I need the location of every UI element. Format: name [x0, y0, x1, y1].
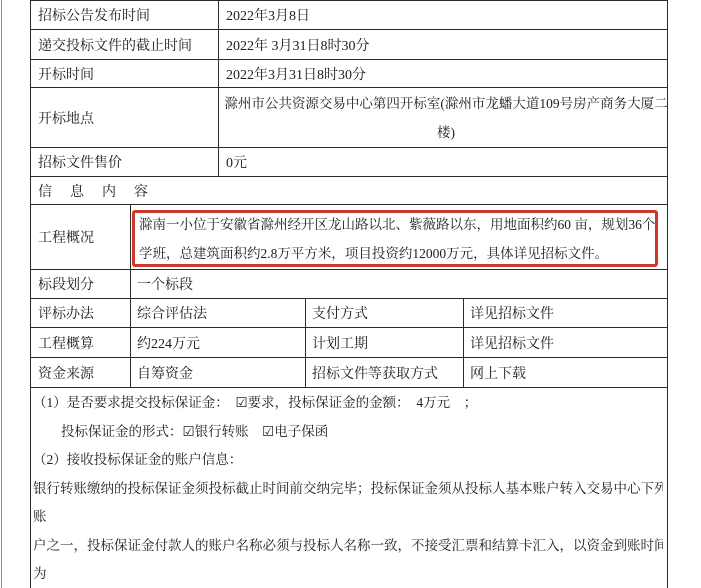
field-label: 工程概况 [31, 205, 131, 269]
value-line: 滁州市公共资源交易中心第四开标室(滁州市龙蟠大道109号房产商务大厦二 [224, 89, 667, 118]
table-row: （1）是否要求提交投标保证金： ☑要求，投标保证金的金额： 4万元 ； 投标保证… [31, 388, 667, 588]
table-row: 资金来源 自筹资金 招标文件等获取方式 网上下载 [31, 358, 667, 388]
table-row: 信息内容 [31, 177, 667, 205]
deposit-line: 账 [33, 503, 663, 532]
field-value: 2022年3月31日8时30分 [219, 60, 667, 87]
field-label: 招标文件等获取方式 [306, 358, 464, 387]
field-value: 约224万元 [131, 328, 306, 357]
field-label: 递交投标文件的截止时间 [31, 30, 219, 59]
field-value: 2022年3月8日 [219, 1, 667, 29]
field-label: 支付方式 [306, 299, 464, 327]
deposit-line: 银行转账缴纳的投标保证金须投标截止时间前交纳完毕；投标保证金须从投标人基本账户转… [33, 475, 663, 504]
value-line: 学班，总建筑面积约2.8万平方米，项目投资约12000万元，具体详见招标文件。 [139, 239, 655, 268]
table-row: 开标地点 滁州市公共资源交易中心第四开标室(滁州市龙蟠大道109号房产商务大厦二… [31, 88, 667, 148]
table-row: 开标时间 2022年3月31日8时30分 [31, 60, 667, 88]
value-line: 楼) [437, 118, 455, 147]
table-row: 标段划分 一个标段 [31, 270, 667, 299]
highlight-box: 滁南一小位于安徽省滁州经开区龙山路以北、紫薇路以东，用地面积约60 亩，规划36… [132, 210, 658, 267]
field-label: 计划工期 [306, 328, 464, 357]
field-value: 滁州市公共资源交易中心第四开标室(滁州市龙蟠大道109号房产商务大厦二 楼) [219, 88, 667, 147]
field-value: 滁南一小位于安徽省滁州经开区龙山路以北、紫薇路以东，用地面积约60 亩，规划36… [131, 205, 667, 269]
field-value: 自筹资金 [131, 358, 306, 387]
field-value: 详见招标文件 [464, 299, 667, 327]
deposit-line: （1）是否要求提交投标保证金： ☑要求，投标保证金的金额： 4万元 ； [33, 389, 663, 418]
table-row: 招标公告发布时间 2022年3月8日 [31, 1, 667, 30]
field-label: 工程概算 [31, 328, 131, 357]
field-value: 2022年 3月31日8时30分 [219, 30, 667, 59]
field-label: 招标文件售价 [31, 148, 219, 176]
table-row: 评标办法 综合评估法 支付方式 详见招标文件 [31, 299, 667, 328]
field-label: 资金来源 [31, 358, 131, 387]
field-label: 招标公告发布时间 [31, 1, 219, 29]
field-value: 详见招标文件 [464, 328, 667, 357]
field-value: 0元 [219, 148, 667, 176]
section-header: 信息内容 [31, 177, 667, 204]
field-value: 一个标段 [131, 270, 667, 298]
field-value: 综合评估法 [131, 299, 306, 327]
tender-info-table: 招标公告发布时间 2022年3月8日 递交投标文件的截止时间 2022年 3月3… [30, 0, 668, 588]
field-label: 标段划分 [31, 270, 131, 298]
deposit-line: （2）接收投标保证金的账户信息： [33, 446, 663, 475]
deposit-line: 投标保证金的形式：☑银行转账 ☑电子保函 [33, 418, 663, 447]
deposit-info-cell: （1）是否要求提交投标保证金： ☑要求，投标保证金的金额： 4万元 ； 投标保证… [31, 388, 667, 588]
table-row: 招标文件售价 0元 [31, 148, 667, 177]
field-label: 评标办法 [31, 299, 131, 327]
table-row: 工程概算 约224万元 计划工期 详见招标文件 [31, 328, 667, 358]
field-label: 开标地点 [31, 88, 219, 147]
tender-notice-page: 招标公告发布时间 2022年3月8日 递交投标文件的截止时间 2022年 3月3… [0, 0, 701, 588]
outer-edge-line [1, 0, 2, 588]
deposit-line: 为 [33, 560, 663, 588]
table-row: 工程概况 滁南一小位于安徽省滁州经开区龙山路以北、紫薇路以东，用地面积约60 亩… [31, 205, 667, 270]
value-line: 滁南一小位于安徽省滁州经开区龙山路以北、紫薇路以东，用地面积约60 亩，规划36… [139, 210, 655, 239]
field-label: 开标时间 [31, 60, 219, 87]
deposit-line: 户之一，投标保证金付款人的账户名称必须与投标人名称一致，不接受汇票和结算卡汇入，… [33, 532, 663, 561]
table-row: 递交投标文件的截止时间 2022年 3月31日8时30分 [31, 30, 667, 60]
field-value: 网上下载 [464, 358, 667, 387]
